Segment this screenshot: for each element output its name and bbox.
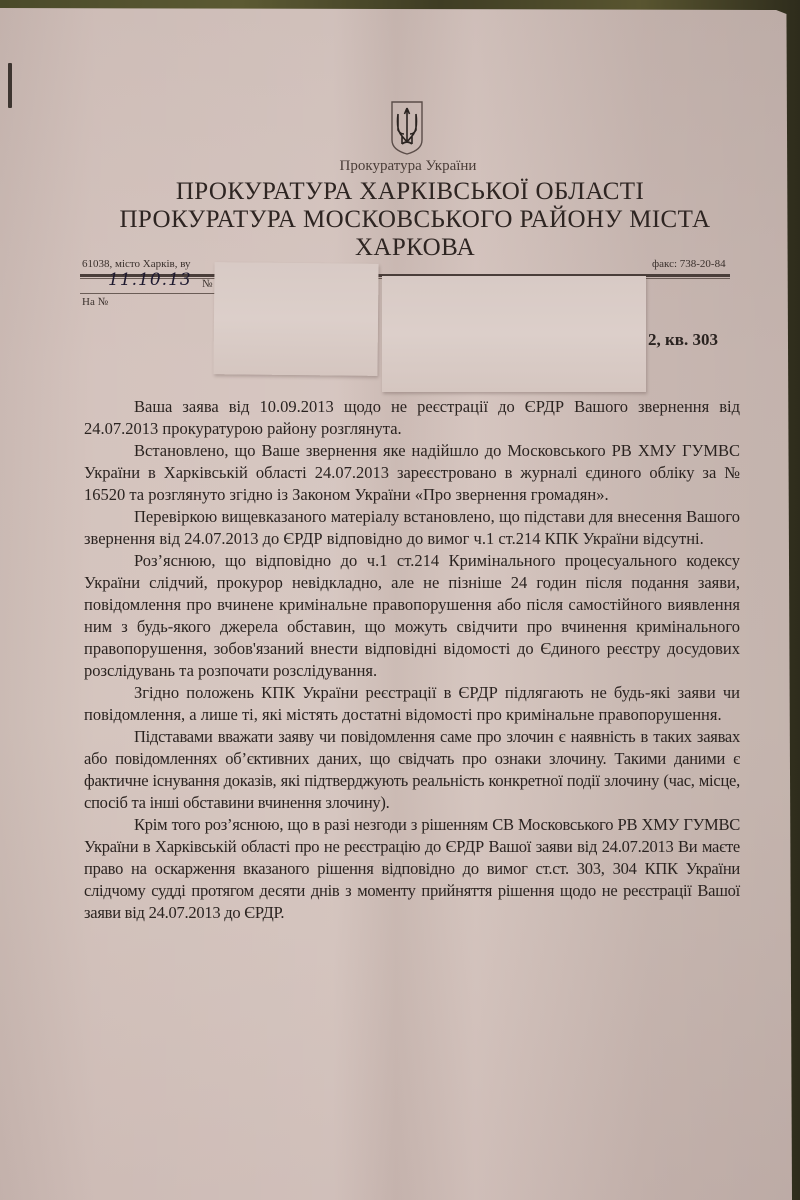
number-label: № — [202, 278, 213, 290]
address-text: 61038, місто Харків, ву — [82, 258, 191, 270]
recipient-redaction — [382, 276, 646, 392]
trident-coat-of-arms-icon — [390, 100, 424, 156]
paragraph-2: Встановлено, що Ваше звернення яке надій… — [84, 440, 740, 506]
binder-mark — [8, 63, 12, 108]
handwritten-date: 11.10.13 — [108, 270, 192, 290]
org-small-title: Прокуратура України — [0, 158, 800, 175]
paragraph-7: Крім того роз’яснюю, що в разі незгоди з… — [84, 814, 740, 924]
paragraph-1: Ваша заява від 10.09.2013 щодо не реєстр… — [84, 396, 740, 440]
paragraph-6: Підставами вважати заяву чи повідомлення… — [84, 726, 740, 814]
paragraph-5: Згідно положень КПК України реєстрації в… — [84, 682, 740, 726]
document-page: Прокуратура України ПРОКУРАТУРА ХАРКІВСЬ… — [0, 8, 792, 1200]
address-redaction — [213, 262, 378, 376]
fax-text: факс: 738-20-84 — [652, 258, 726, 270]
reply-to-label: На № — [82, 296, 108, 308]
paragraph-4: Роз’яснюю, що відповідно до ч.1 ст.214 К… — [84, 550, 740, 682]
recipient-fragment: 2, кв. 303 — [648, 330, 718, 350]
org-title-line-2: ПРОКУРАТУРА МОСКОВСЬКОГО РАЙОНУ МІСТА — [0, 206, 800, 234]
paragraph-3: Перевіркою вищевказаного матеріалу встан… — [84, 506, 740, 550]
letter-body: Ваша заява від 10.09.2013 щодо не реєстр… — [84, 396, 740, 924]
date-underline — [80, 293, 220, 294]
org-title-line-1: ПРОКУРАТУРА ХАРКІВСЬКОЇ ОБЛАСТІ — [0, 178, 800, 206]
